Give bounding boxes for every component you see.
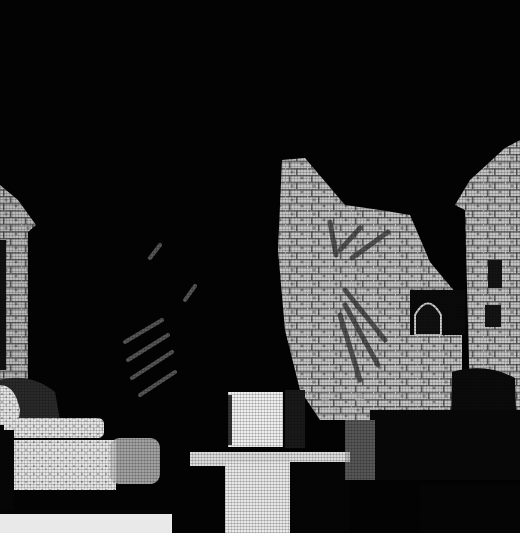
photo-scene [0, 0, 520, 533]
arched-niche [410, 290, 465, 335]
bright-rectangle-center [228, 390, 305, 448]
photograph [0, 0, 520, 533]
caption-strip [0, 514, 172, 533]
